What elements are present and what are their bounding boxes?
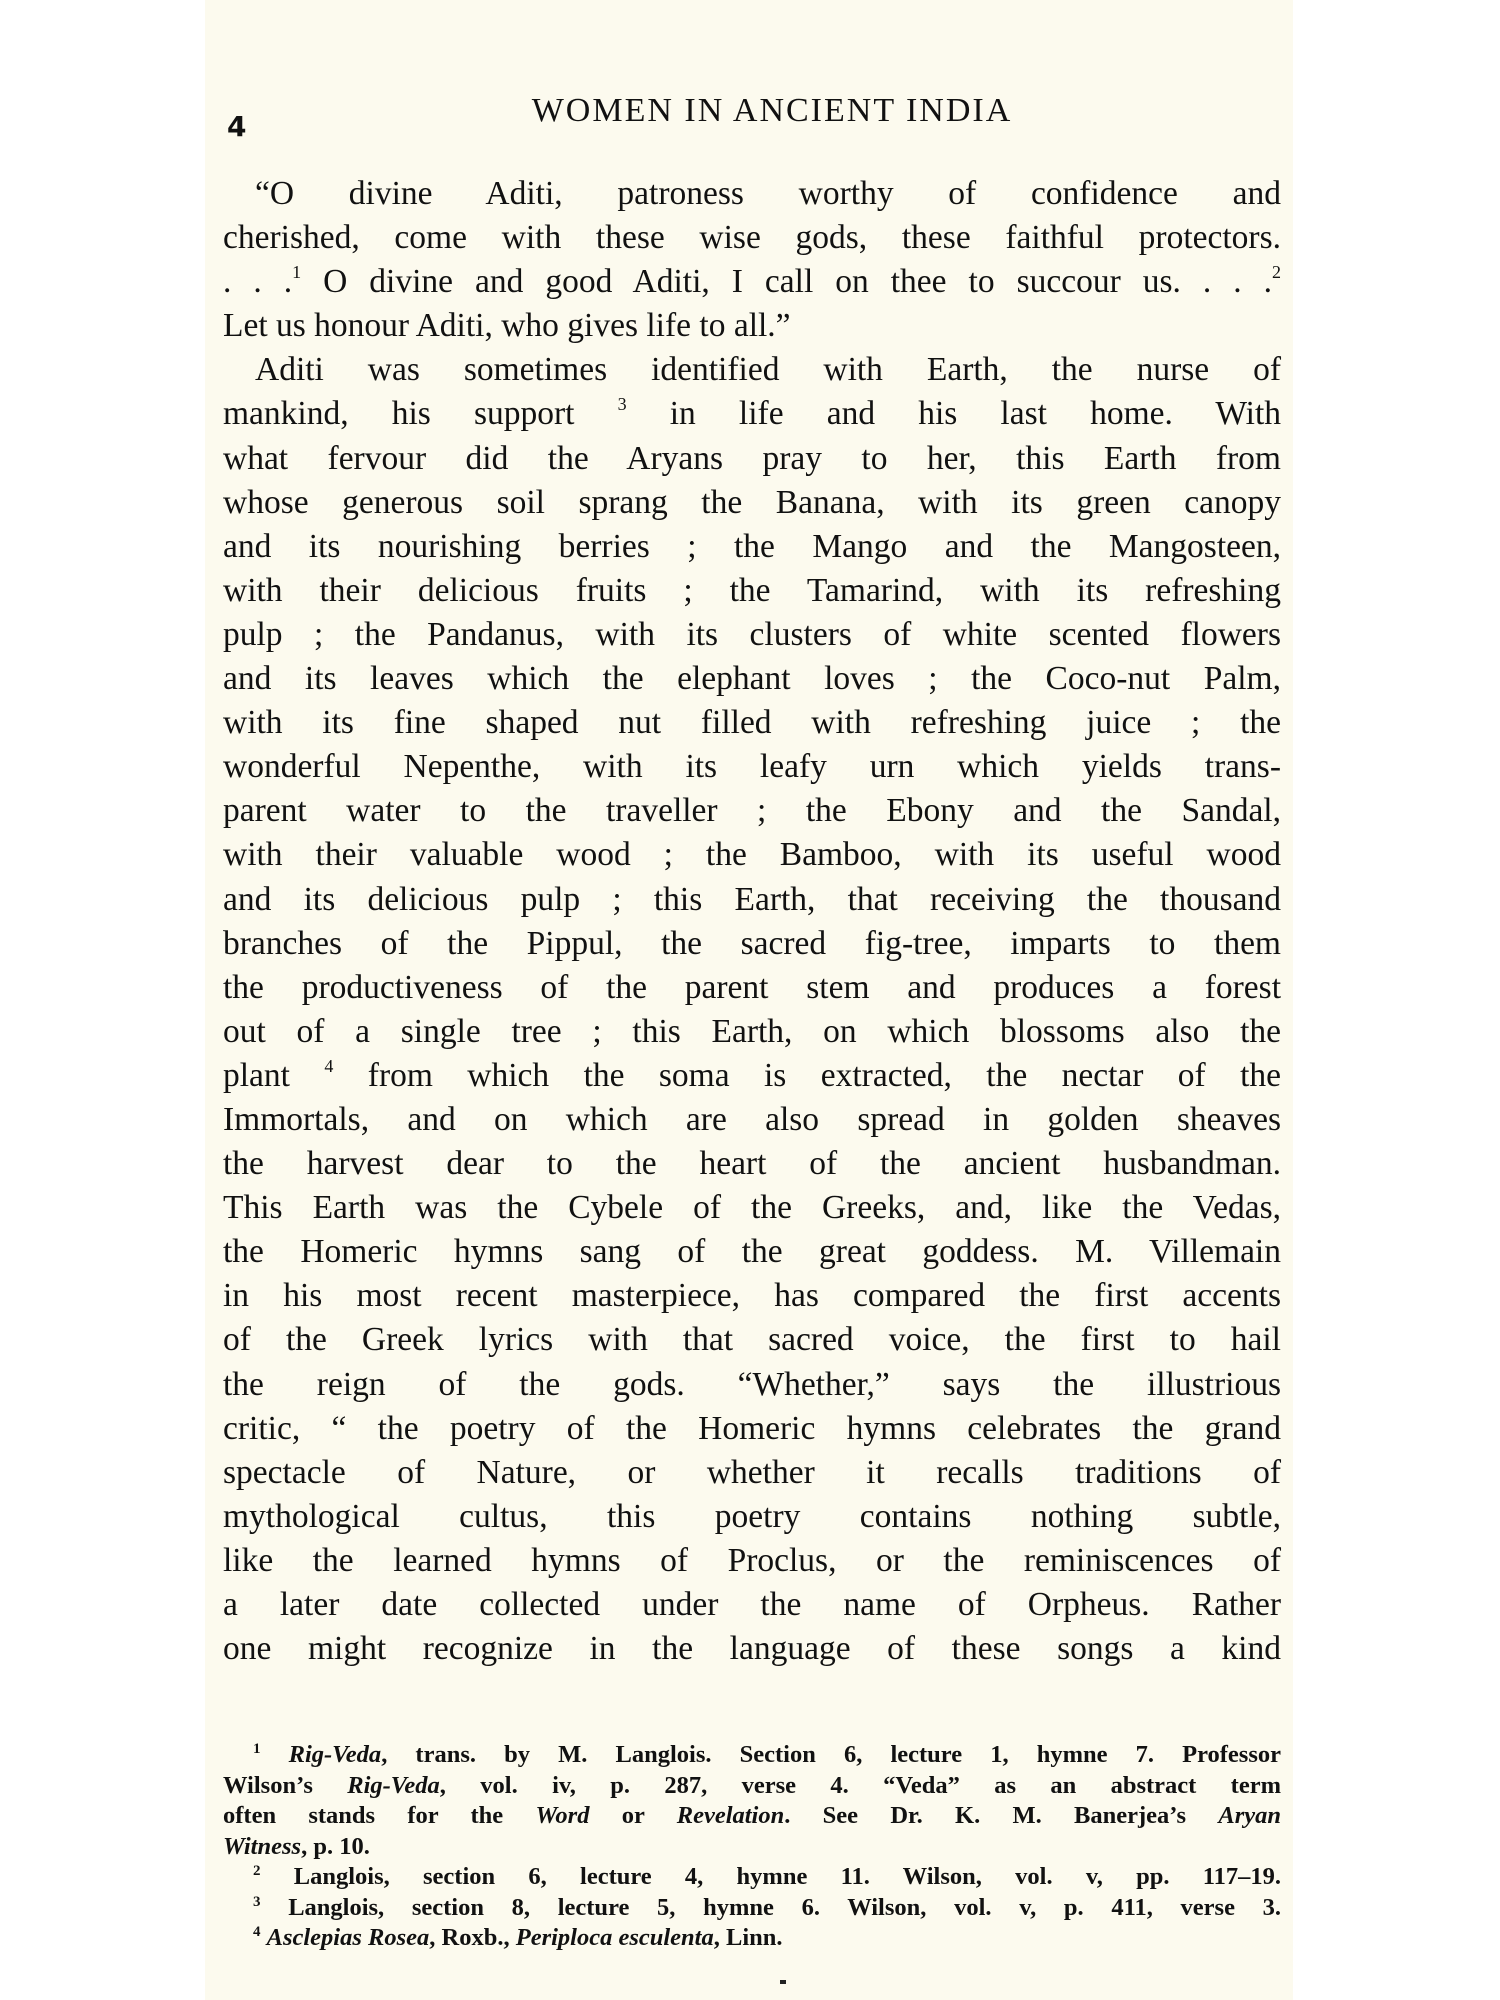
footnote-1: 1 Rig-Veda, trans. by M. Langlois. Secti… [223, 1740, 1281, 1771]
text-line: and its delicious pulp ; this Earth, tha… [223, 878, 1281, 922]
text-line: mankind, his support 3 in life and his l… [223, 392, 1281, 436]
footnote-1-cont: often stands for the Word or Revelation.… [223, 1801, 1281, 1832]
footnote-marker: 3 [253, 1894, 261, 1910]
footnote-3: 3 Langlois, section 8, lecture 5, hymne … [223, 1893, 1281, 1924]
text-line: what fervour did the Aryans pray to her,… [223, 437, 1281, 481]
body-text: “O divine Aditi, patroness worthy of con… [223, 172, 1281, 1671]
text-line: one might recognize in the language of t… [223, 1627, 1281, 1671]
text-line: mythological cultus, this poetry contain… [223, 1495, 1281, 1539]
book-page: 4 WOMEN IN ANCIENT INDIA “O divine Aditi… [205, 0, 1293, 2000]
text-line: plant 4 from which the soma is extracted… [223, 1054, 1281, 1098]
text-line: the productiveness of the parent stem an… [223, 966, 1281, 1010]
text-line: Aditi was sometimes identified with Eart… [223, 348, 1281, 392]
text-line: the Homeric hymns sang of the great godd… [223, 1230, 1281, 1274]
text-line: like the learned hymns of Proclus, or th… [223, 1539, 1281, 1583]
footnote-marker: 1 [253, 1741, 261, 1757]
footnotes: 1 Rig-Veda, trans. by M. Langlois. Secti… [223, 1740, 1281, 1954]
footnote-ref-4[interactable]: 4 [324, 1056, 333, 1076]
footnote-marker: 2 [253, 1863, 261, 1879]
text-line: branches of the Pippul, the sacred fig-t… [223, 922, 1281, 966]
text-line: . . .1 O divine and good Aditi, I call o… [223, 260, 1281, 304]
text-line: a later date collected under the name of… [223, 1583, 1281, 1627]
text-line: with their valuable wood ; the Bamboo, w… [223, 833, 1281, 877]
text-line: Immortals, and on which are also spread … [223, 1098, 1281, 1142]
text-line: out of a single tree ; this Earth, on wh… [223, 1010, 1281, 1054]
footnote-4: 4 Asclepias Rosea, Roxb., Periploca escu… [223, 1923, 1281, 1954]
running-head: WOMEN IN ANCIENT INDIA [227, 92, 1277, 130]
page-header: 4 WOMEN IN ANCIENT INDIA [227, 92, 1277, 142]
text-line: with its fine shaped nut filled with ref… [223, 701, 1281, 745]
footnote-1-cont: Wilson’s Rig-Veda, vol. iv, p. 287, vers… [223, 1771, 1281, 1802]
text-line: pulp ; the Pandanus, with its clusters o… [223, 613, 1281, 657]
text-line: “O divine Aditi, patroness worthy of con… [223, 172, 1281, 216]
text-line: with their delicious fruits ; the Tamari… [223, 569, 1281, 613]
text-line: critic, “ the poetry of the Homeric hymn… [223, 1407, 1281, 1451]
print-mark [780, 1980, 786, 1984]
footnote-ref-2[interactable]: 2 [1272, 262, 1281, 282]
footnote-1-cont: Witness, p. 10. [223, 1832, 1281, 1863]
footnote-ref-3[interactable]: 3 [618, 394, 627, 414]
text-line: spectacle of Nature, or whether it recal… [223, 1451, 1281, 1495]
text-line: parent water to the traveller ; the Ebon… [223, 789, 1281, 833]
text-line: whose generous soil sprang the Banana, w… [223, 481, 1281, 525]
text-line: the harvest dear to the heart of the anc… [223, 1142, 1281, 1186]
text-line: wonderful Nepenthe, with its leafy urn w… [223, 745, 1281, 789]
text-line: and its nourishing berries ; the Mango a… [223, 525, 1281, 569]
footnote-marker: 4 [253, 1924, 261, 1940]
text-line: Let us honour Aditi, who gives life to a… [223, 304, 1281, 348]
text-line: the reign of the gods. “Whether,” says t… [223, 1363, 1281, 1407]
text-line: of the Greek lyrics with that sacred voi… [223, 1318, 1281, 1362]
text-line: This Earth was the Cybele of the Greeks,… [223, 1186, 1281, 1230]
text-line: and its leaves which the elephant loves … [223, 657, 1281, 701]
text-line: in his most recent masterpiece, has comp… [223, 1274, 1281, 1318]
text-line: cherished, come with these wise gods, th… [223, 216, 1281, 260]
footnote-2: 2 Langlois, section 6, lecture 4, hymne … [223, 1862, 1281, 1893]
footnote-ref-1[interactable]: 1 [292, 262, 301, 282]
